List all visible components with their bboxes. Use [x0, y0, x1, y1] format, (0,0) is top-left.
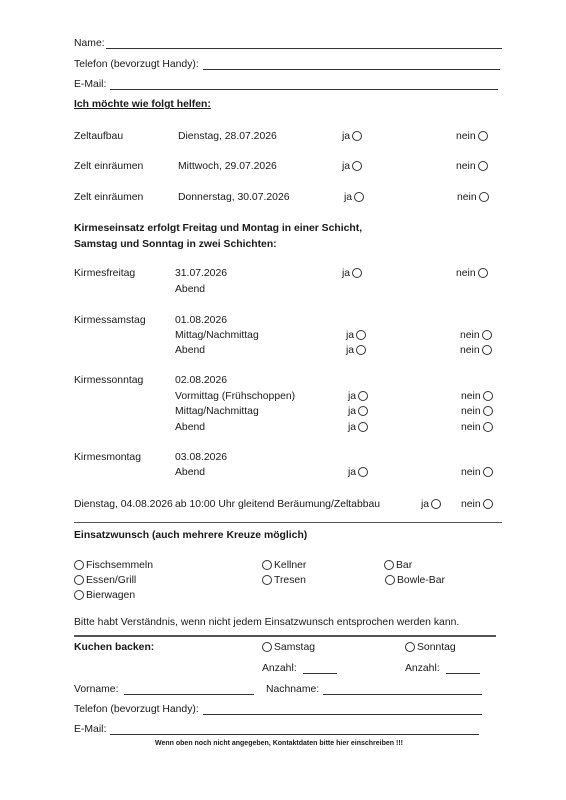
kirmes-date: 02.08.2026 — [175, 374, 227, 387]
cake-sunday-count-field[interactable] — [446, 673, 480, 674]
bottom-phone-label: Telefon (bevorzugt Handy): — [74, 703, 199, 716]
yes-label: ja — [342, 161, 350, 172]
yes-option[interactable]: ja — [348, 421, 369, 434]
cake-label: Kuchen backen: — [74, 641, 154, 654]
wish-option-bar[interactable]: Bar — [384, 559, 412, 572]
radio-circle-icon[interactable] — [483, 406, 493, 416]
yes-label: ja — [348, 467, 356, 478]
yes-option[interactable]: ja — [348, 390, 369, 403]
kirmes-day: Kirmesfreitag — [74, 267, 135, 280]
kirmes-shift: Abend — [175, 283, 205, 296]
no-option[interactable]: nein — [460, 329, 493, 342]
wish-option-label: Tresen — [274, 575, 306, 586]
cake-saturday-count-field[interactable] — [303, 673, 337, 674]
phone-field[interactable] — [203, 69, 500, 70]
no-option[interactable]: nein — [461, 390, 494, 403]
no-label: nein — [460, 345, 480, 356]
bottom-email-label: E-Mail: — [74, 723, 106, 736]
radio-circle-icon[interactable] — [262, 560, 272, 570]
no-option[interactable]: nein — [461, 405, 494, 418]
no-label: nein — [457, 192, 477, 203]
radio-circle-icon[interactable] — [483, 499, 493, 509]
no-option[interactable]: nein — [460, 344, 493, 357]
lastname-field[interactable] — [323, 694, 482, 695]
radio-circle-icon[interactable] — [483, 422, 493, 432]
radio-circle-icon[interactable] — [262, 642, 272, 652]
wish-option-label: Bowle-Bar — [397, 575, 445, 586]
yes-option[interactable]: ja — [421, 498, 442, 511]
yes-option[interactable]: ja — [342, 160, 363, 173]
wish-option-kellner[interactable]: Kellner — [262, 559, 306, 572]
name-label: Name: — [74, 37, 105, 50]
radio-circle-icon[interactable] — [358, 391, 368, 401]
radio-circle-icon[interactable] — [358, 406, 368, 416]
wish-option-label: Essen/Grill — [86, 575, 136, 586]
cake-sunday-label: Sonntag — [417, 642, 456, 653]
yes-option[interactable]: ja — [346, 344, 367, 357]
kirmes-shift: Mittag/Nachmittag — [175, 329, 259, 342]
wish-option-essen-grill[interactable]: Essen/Grill — [74, 574, 136, 587]
no-label: nein — [460, 330, 480, 341]
yes-label: ja — [348, 391, 356, 402]
kirmes-shift: Abend — [175, 421, 205, 434]
radio-circle-icon[interactable] — [356, 345, 366, 355]
yes-label: ja — [346, 330, 354, 341]
yes-label: ja — [348, 406, 356, 417]
teardown-date: Dienstag, 04.08.2026 — [74, 498, 173, 511]
kirmes-date: 03.08.2026 — [175, 451, 227, 464]
wish-option-label: Bar — [396, 560, 412, 571]
radio-circle-icon[interactable] — [358, 422, 368, 432]
radio-circle-icon[interactable] — [384, 560, 394, 570]
kirmes-shift: Abend — [175, 344, 205, 357]
no-option[interactable]: nein — [457, 191, 490, 204]
no-option[interactable]: nein — [461, 498, 494, 511]
cake-saturday-label: Samstag — [274, 642, 315, 653]
radio-circle-icon[interactable] — [479, 192, 489, 202]
wish-option-bowle-bar[interactable]: Bowle-Bar — [385, 574, 445, 587]
yes-option[interactable]: ja — [348, 405, 369, 418]
no-label: nein — [461, 391, 481, 402]
cake-sunday-count-label: Anzahl: — [405, 662, 440, 675]
radio-circle-icon[interactable] — [354, 192, 364, 202]
kirmes-shift: Abend — [175, 466, 205, 479]
cake-saturday-option[interactable]: Samstag — [262, 641, 315, 654]
radio-circle-icon[interactable] — [74, 590, 84, 600]
radio-circle-icon[interactable] — [74, 560, 84, 570]
radio-circle-icon[interactable] — [356, 330, 366, 340]
radio-circle-icon[interactable] — [405, 642, 415, 652]
no-label: nein — [461, 499, 481, 510]
footnote: Wenn oben noch nicht angegeben, Kontaktd… — [155, 737, 403, 750]
wish-option-label: Kellner — [274, 560, 306, 571]
no-label: nein — [456, 268, 476, 279]
wish-heading: Einsatzwunsch (auch mehrere Kreuze mögli… — [74, 529, 307, 542]
radio-circle-icon[interactable] — [478, 268, 488, 278]
firstname-label: Vorname: — [74, 683, 118, 696]
help-heading: Ich möchte wie folgt helfen: — [74, 98, 211, 111]
kirmes-date: 01.08.2026 — [175, 314, 227, 327]
cake-saturday-count-label: Anzahl: — [262, 662, 297, 675]
kirmes-shift: Vormittag (Frühschoppen) — [175, 390, 295, 403]
setup-date: Dienstag, 28.07.2026 — [178, 130, 277, 143]
shift-note-line1: Kirmeseinsatz erfolgt Freitag und Montag… — [74, 222, 362, 235]
setup-task: Zelt einräumen — [74, 160, 143, 173]
shift-note-line2: Samstag und Sonntag in zwei Schichten: — [74, 238, 277, 251]
setup-task: Zelt einräumen — [74, 191, 143, 204]
yes-option[interactable]: ja — [346, 329, 367, 342]
no-label: nein — [456, 131, 476, 142]
lastname-label: Nachname: — [266, 683, 319, 696]
section-divider — [74, 522, 502, 523]
no-option[interactable]: nein — [461, 466, 494, 479]
yes-option[interactable]: ja — [344, 191, 365, 204]
email-label: E-Mail: — [74, 78, 106, 91]
yes-option[interactable]: ja — [342, 130, 363, 143]
teardown-text: ab 10:00 Uhr gleitend Beräumung/Zeltabba… — [175, 498, 380, 511]
radio-circle-icon[interactable] — [385, 575, 395, 585]
radio-circle-icon[interactable] — [352, 268, 362, 278]
radio-circle-icon[interactable] — [74, 575, 84, 585]
no-label: nein — [461, 422, 481, 433]
firstname-field[interactable] — [124, 694, 254, 695]
cake-sunday-option[interactable]: Sonntag — [405, 641, 456, 654]
radio-circle-icon[interactable] — [262, 575, 272, 585]
wish-option-bierwagen[interactable]: Bierwagen — [74, 589, 135, 602]
kirmes-day: Kirmessamstag — [74, 314, 146, 327]
radio-circle-icon[interactable] — [483, 467, 493, 477]
kirmes-day: Kirmessonntag — [74, 374, 143, 387]
setup-date: Donnerstag, 30.07.2026 — [178, 191, 290, 204]
no-label: nein — [461, 467, 481, 478]
yes-label: ja — [346, 345, 354, 356]
no-label: nein — [461, 406, 481, 417]
kirmes-shift: Mittag/Nachmittag — [175, 405, 259, 418]
kirmes-day: Kirmesmontag — [74, 451, 141, 464]
radio-circle-icon[interactable] — [478, 161, 488, 171]
yes-label: ja — [421, 499, 429, 510]
no-option[interactable]: nein — [456, 130, 489, 143]
yes-option[interactable]: ja — [348, 466, 369, 479]
bottom-email-field[interactable] — [110, 734, 479, 735]
bottom-phone-field[interactable] — [203, 714, 482, 715]
no-option[interactable]: nein — [456, 160, 489, 173]
wish-option-label: Fischsemmeln — [86, 560, 153, 571]
yes-option[interactable]: ja — [342, 267, 363, 280]
radio-circle-icon[interactable] — [358, 467, 368, 477]
section-divider — [74, 635, 496, 637]
setup-task: Zeltaufbau — [74, 130, 123, 143]
kirmes-date: 31.07.2026 — [175, 267, 227, 280]
radio-circle-icon[interactable] — [352, 131, 362, 141]
yes-label: ja — [342, 131, 350, 142]
yes-label: ja — [342, 268, 350, 279]
wish-option-tresen[interactable]: Tresen — [262, 574, 306, 587]
radio-circle-icon[interactable] — [352, 161, 362, 171]
phone-label: Telefon (bevorzugt Handy): — [74, 58, 199, 71]
no-option[interactable]: nein — [461, 421, 494, 434]
yes-label: ja — [348, 422, 356, 433]
email-field[interactable] — [110, 89, 498, 90]
yes-label: ja — [344, 192, 352, 203]
wish-option-fischsemmeln[interactable]: Fischsemmeln — [74, 559, 153, 572]
no-option[interactable]: nein — [456, 267, 489, 280]
name-field[interactable] — [106, 48, 502, 49]
radio-circle-icon[interactable] — [483, 391, 493, 401]
wish-note: Bitte habt Verständnis, wenn nicht jedem… — [74, 616, 459, 629]
setup-date: Mittwoch, 29.07.2026 — [178, 160, 277, 173]
wish-option-label: Bierwagen — [86, 590, 135, 601]
no-label: nein — [456, 161, 476, 172]
radio-circle-icon[interactable] — [478, 131, 488, 141]
radio-circle-icon[interactable] — [482, 330, 492, 340]
radio-circle-icon[interactable] — [482, 345, 492, 355]
radio-circle-icon[interactable] — [431, 499, 441, 509]
